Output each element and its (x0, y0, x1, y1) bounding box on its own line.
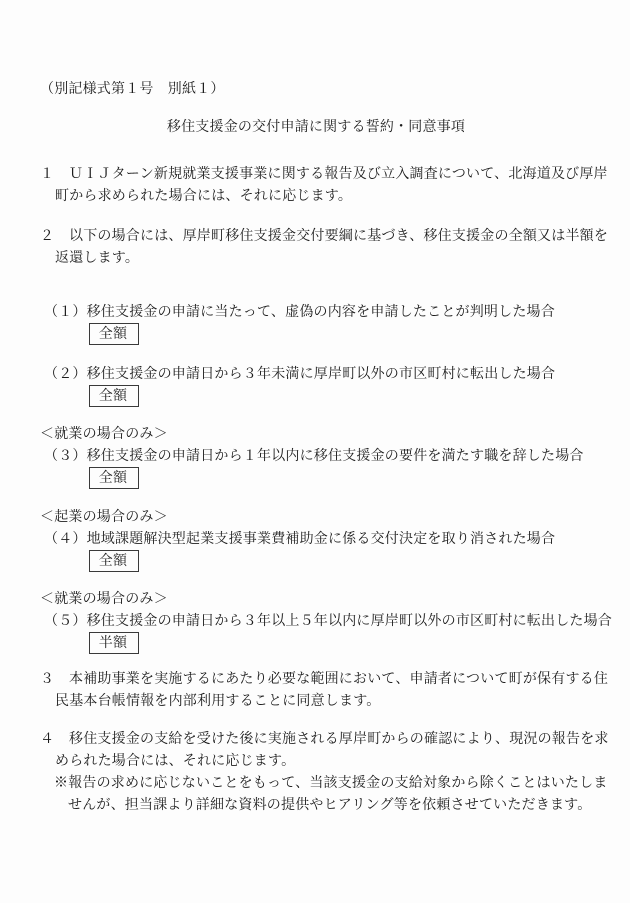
clause-1: １ＵＩＪターン新規就業支援事業に関する報告及び立入調査について、北海道及び厚岸 … (40, 163, 592, 207)
clause-2-number: ２ (40, 225, 69, 247)
clause-3-number: ３ (40, 668, 69, 690)
document-title: 移住支援金の交付申請に関する誓約・同意事項 (40, 116, 592, 138)
amount-box-full-4: 全額 (89, 550, 139, 572)
group-label-employment-1: ＜就業の場合のみ＞ (40, 423, 592, 445)
return-item-1-number: （１） (44, 304, 87, 320)
clause-2-line-1: 以下の場合には、厚岸町移住支援金交付要綱に基づき、移住支援金の全額又は半額を (69, 228, 608, 244)
return-item-4-text: 地域課題解決型起業支援事業費補助金に係る交付決定を取り消された場合 (87, 531, 556, 547)
group-label-startup: ＜起業の場合のみ＞ (40, 506, 592, 528)
return-item-2: （２）移住支援金の申請日から３年未満に厚岸町以外の市区町村に転出した場合 全額 (40, 363, 592, 407)
return-item-1: （１）移住支援金の申請に当たって、虚偽の内容を申請したことが判明した場合 全額 (40, 301, 592, 345)
clause-3-line-1: 本補助事業を実施するにあたり必要な範囲において、申請者について町が保有する住 (69, 671, 608, 687)
amount-box-full-3: 全額 (89, 467, 139, 489)
clause-2: ２以下の場合には、厚岸町移住支援金交付要綱に基づき、移住支援金の全額又は半額を … (40, 225, 592, 269)
form-note: （別記様式第１号 別紙１） (40, 78, 592, 100)
return-item-2-number: （２） (44, 366, 87, 382)
clause-2-line-2: 返還します。 (40, 247, 592, 269)
clause-4: ４移住支援金の支給を受けた後に実施される厚岸町からの確認により、現況の報告を求 … (40, 728, 592, 816)
clause-3-line-2: 民基本台帳情報を内部利用することに同意します。 (40, 690, 592, 712)
amount-box-half-5: 半額 (89, 632, 139, 654)
spacer (40, 269, 592, 283)
return-item-5-text: 移住支援金の申請日から３年以上５年以内に厚岸町以外の市区町村に転出した場合 (87, 613, 612, 629)
return-item-1-text: 移住支援金の申請に当たって、虚偽の内容を申請したことが判明した場合 (87, 304, 555, 320)
return-item-4: （４）地域課題解決型起業支援事業費補助金に係る交付決定を取り消された場合 全額 (40, 528, 592, 572)
clause-4-line-1: 移住支援金の支給を受けた後に実施される厚岸町からの確認により、現況の報告を求 (69, 731, 609, 747)
return-item-3: （３）移住支援金の申請日から１年以内に移住支援金の要件を満たす職を辞した場合 全… (40, 445, 592, 489)
amount-box-full-1: 全額 (89, 323, 139, 345)
group-label-employment-2: ＜就業の場合のみ＞ (40, 588, 592, 610)
clause-1-number: １ (40, 163, 69, 185)
clause-4-note-line-2: せんが、担当課より詳細な資料の提供やヒアリング等を依頼させていただきます。 (40, 794, 592, 816)
clause-4-note-line-1: ※報告の求めに応じないことをもって、当該支援金の支給対象から除くことはいたしま (40, 772, 592, 794)
return-item-2-text: 移住支援金の申請日から３年未満に厚岸町以外の市区町村に転出した場合 (87, 366, 556, 382)
clause-3: ３本補助事業を実施するにあたり必要な範囲において、申請者について町が保有する住 … (40, 668, 592, 712)
return-item-3-number: （３） (44, 448, 87, 464)
return-item-3-text: 移住支援金の申請日から１年以内に移住支援金の要件を満たす職を辞した場合 (87, 448, 584, 464)
document-page: （別記様式第１号 別紙１） 移住支援金の交付申請に関する誓約・同意事項 １ＵＩＪ… (0, 0, 630, 903)
clause-4-line-2: められた場合には、それに応じます。 (40, 750, 592, 772)
return-item-5-number: （５） (44, 613, 87, 629)
return-item-5: （５）移住支援金の申請日から３年以上５年以内に厚岸町以外の市区町村に転出した場合… (40, 610, 592, 654)
amount-box-full-2: 全額 (89, 385, 139, 407)
clause-1-line-2: 町から求められた場合には、それに応じます。 (40, 185, 592, 207)
clause-1-line-1: ＵＩＪターン新規就業支援事業に関する報告及び立入調査について、北海道及び厚岸 (69, 166, 608, 182)
return-item-4-number: （４） (44, 531, 87, 547)
clause-4-number: ４ (40, 728, 69, 750)
